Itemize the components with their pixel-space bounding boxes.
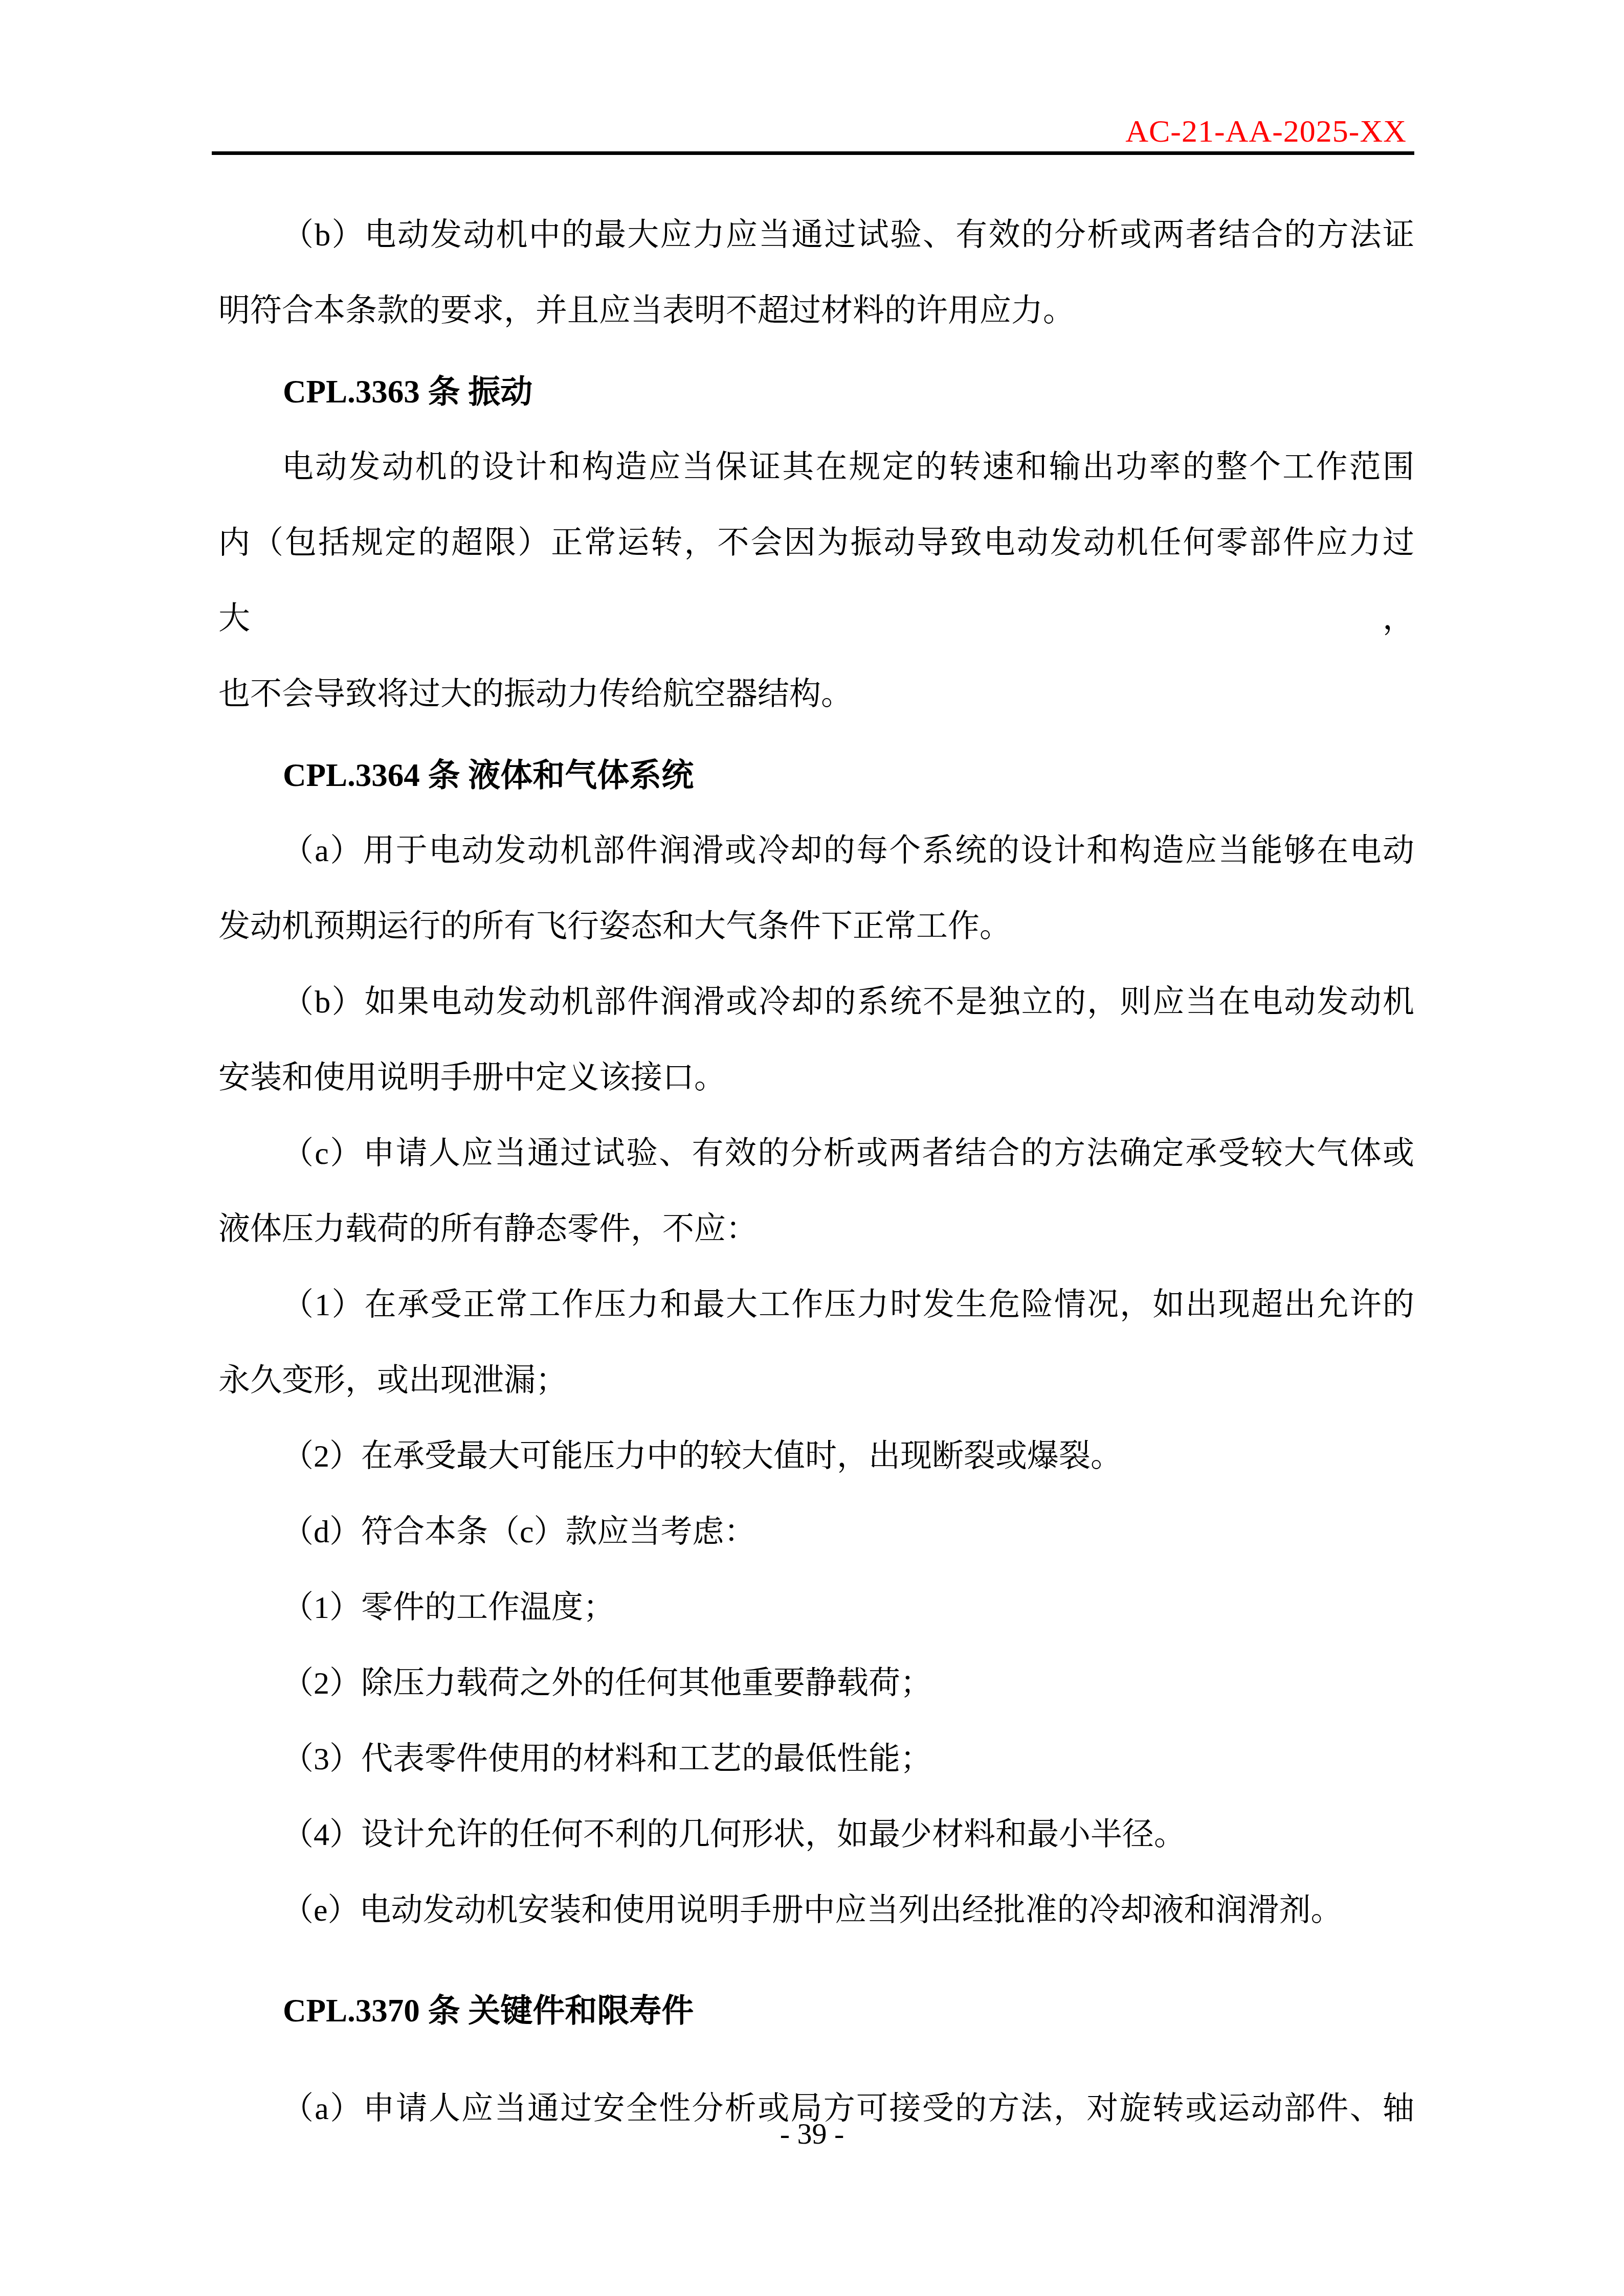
paragraph-line: 发动机预期运行的所有飞行姿态和大气条件下正常工作。: [218, 889, 1414, 964]
paragraph-line: （d）符合本条（c）款应当考虑：: [218, 1494, 1414, 1570]
paragraph-line: 安装和使用说明手册中定义该接口。: [218, 1040, 1414, 1116]
section-heading: CPL.3370 条 关键件和限寿件: [218, 1973, 1414, 2049]
page-number: - 39 -: [780, 2117, 844, 2150]
paragraph-line: 内（包括规定的超限）正常运转，不会因为振动导致电动发动机任何零部件应力过大，: [218, 505, 1414, 657]
paragraph-line: 电动发动机的设计和构造应当保证其在规定的转速和输出功率的整个工作范围: [218, 430, 1414, 505]
paragraph-line: （e）电动发动机安装和使用说明手册中应当列出经批准的冷却液和润滑剂。: [218, 1873, 1414, 1948]
paragraph-line: （b）如果电动发动机部件润滑或冷却的系统不是独立的，则应当在电动发动机: [218, 964, 1414, 1040]
paragraph-line: （1）在承受正常工作压力和最大工作压力时发生危险情况，如出现超出允许的: [218, 1267, 1414, 1343]
paragraph-line: （2）在承受最大可能压力中的较大值时，出现断裂或爆裂。: [218, 1419, 1414, 1494]
section-heading: CPL.3363 条 振动: [218, 354, 1414, 430]
paragraph-line: 液体压力载荷的所有静态零件，不应：: [218, 1191, 1414, 1267]
paragraph-line: 永久变形，或出现泄漏；: [218, 1343, 1414, 1419]
paragraph-line: （1）零件的工作温度；: [218, 1570, 1414, 1646]
paragraph-line: （b）电动发动机中的最大应力应当通过试验、有效的分析或两者结合的方法证: [218, 197, 1414, 273]
paragraph-line: 也不会导致将过大的振动力传给航空器结构。: [218, 657, 1414, 732]
document-page: AC-21-AA-2025-XX （b）电动发动机中的最大应力应当通过试验、有效…: [0, 0, 1624, 2296]
paragraph-line: （3）代表零件使用的材料和工艺的最低性能；: [218, 1721, 1414, 1797]
section-heading: CPL.3364 条 液体和气体系统: [218, 737, 1414, 813]
doc-number: AC-21-AA-2025-XX: [1125, 116, 1407, 147]
paragraph-line: （2）除压力载荷之外的任何其他重要静载荷；: [218, 1646, 1414, 1721]
document-body: （b）电动发动机中的最大应力应当通过试验、有效的分析或两者结合的方法证 明符合本…: [218, 197, 1414, 2147]
paragraph-line: （c）申请人应当通过试验、有效的分析或两者结合的方法确定承受较大气体或: [218, 1116, 1414, 1191]
page-footer: - 39 -: [0, 2111, 1624, 2157]
paragraph-line: 明符合本条款的要求，并且应当表明不超过材料的许用应力。: [218, 273, 1414, 349]
paragraph-line: （4）设计允许的任何不利的几何形状，如最少材料和最小半径。: [218, 1797, 1414, 1873]
header-rule: [212, 151, 1414, 155]
paragraph-line: （a）用于电动发动机部件润滑或冷却的每个系统的设计和构造应当能够在电动: [218, 813, 1414, 889]
